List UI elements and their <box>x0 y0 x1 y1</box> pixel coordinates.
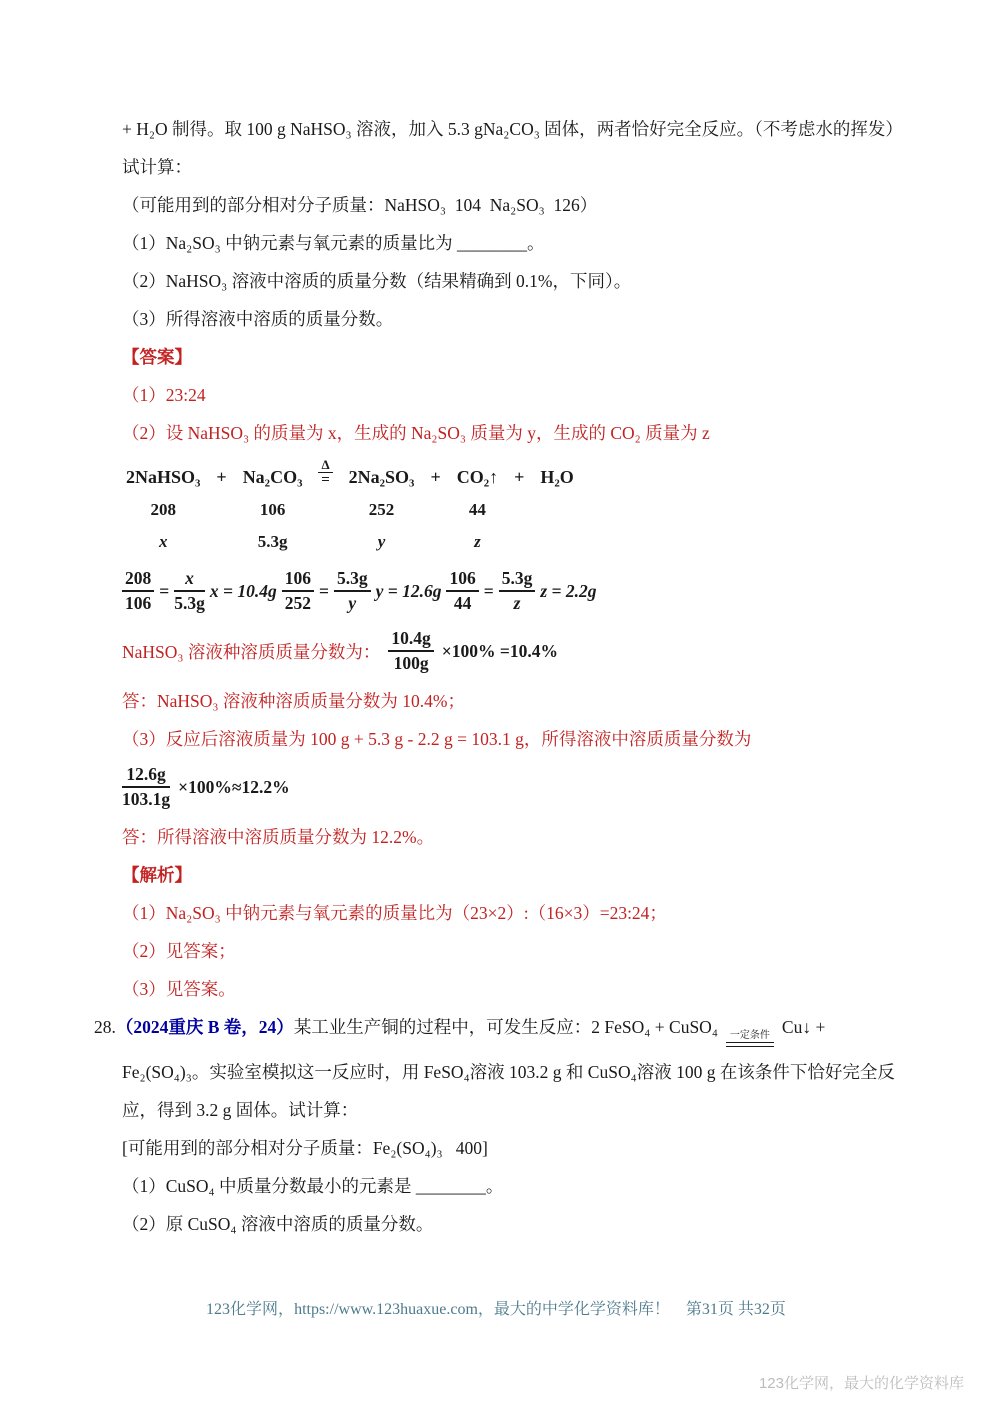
equation-species-2Na2SO3: 2Na₂SO₃ <box>349 467 415 488</box>
proportion-calculations: 208106 = x5.3g x = 10.4g 106252 = 5.3gy … <box>122 568 908 614</box>
stem-line-2: 试计算： <box>122 154 908 180</box>
question-28-intro-end: Cu↓ + <box>782 1017 825 1037</box>
footer-tagline: ，最大的中学化学资料库！ <box>478 1301 670 1318</box>
analysis-2: （2）见答案； <box>122 938 908 964</box>
unknown-y: y <box>378 532 386 552</box>
question-28-intro: 某工业生产铜的过程中，可发生反应：2 FeSO₄ + CuSO₄ <box>294 1017 718 1037</box>
fraction-106-252: 106252 <box>282 568 314 614</box>
page-footer: 123化学网，https://www.123huaxue.com，最大的中学化学… <box>0 1296 992 1319</box>
result-x: x = 10.4g <box>210 581 277 602</box>
equation-species-2NaHSO3: 2NaHSO₃ <box>126 467 200 488</box>
equals-sign: = <box>159 581 169 602</box>
delta-equals-sign: Δ = <box>318 458 332 488</box>
molar-mass-44: 44 <box>469 500 486 520</box>
fraction-208-106: 208106 <box>122 568 154 614</box>
condition-text: 一定条件 <box>726 1030 774 1043</box>
condition-bar <box>726 1043 774 1047</box>
equals-sign: = <box>319 581 329 602</box>
question-2: （2）NaHSO₃ 溶液中溶质的质量分数（结果精确到 0.1%，下同）。 <box>122 268 908 294</box>
fraction-126g-1031g: 12.6g103.1g <box>122 764 170 810</box>
molar-mass-208: 208 <box>150 500 176 520</box>
watermark-text: 123化学网，最大的化学资料库 <box>759 1372 964 1393</box>
molar-mass-106: 106 <box>260 500 286 520</box>
stem-line-1: + H₂O 制得。取 100 g NaHSO₃ 溶液，加入 5.3 gNa₂CO… <box>122 116 908 142</box>
equation-species-CO2-up: CO₂↑ <box>457 467 498 488</box>
answer-1: （1）23:24 <box>122 382 908 408</box>
analysis-3: （3）见答案。 <box>122 976 908 1002</box>
fraction-53g-y: 5.3gy <box>334 568 371 614</box>
equals-sign: = <box>484 581 494 602</box>
page-content: + H₂O 制得。取 100 g NaHSO₃ 溶液，加入 5.3 gNa₂CO… <box>122 116 908 1249</box>
document-page: + H₂O 制得。取 100 g NaHSO₃ 溶液，加入 5.3 gNa₂CO… <box>0 0 992 1403</box>
answer-2-statement: 答：NaHSO₃ 溶液种溶质质量分数为 10.4%； <box>122 688 908 714</box>
given-mass-5-3g: 5.3g <box>258 532 288 552</box>
fraction-53g-z: 5.3gz <box>499 568 536 614</box>
fraction-104g-100g: 10.4g100g <box>388 628 433 674</box>
delta-condition: Δ <box>318 458 332 473</box>
question-28-sub-1: （1）CuSO₄ 中质量分数最小的元素是 ________。 <box>122 1173 908 1199</box>
final-fraction-result: ×100%≈12.2% <box>178 777 289 798</box>
equation-species-H2O: H₂O <box>540 467 573 488</box>
mass-fraction-result: ×100% =10.4% <box>442 641 558 662</box>
question-28-molar-mass-hint: [可能用到的部分相对分子质量：Fe₂(SO₄)₃ 400] <box>122 1135 908 1161</box>
plus-sign: + <box>216 467 226 488</box>
question-28-number: 28. <box>94 1017 116 1037</box>
question-3: （3）所得溶液中溶质的质量分数。 <box>122 306 908 332</box>
footer-page-number: 第31页 共32页 <box>686 1301 786 1318</box>
question-28-sub-2: （2）原 CuSO₄ 溶液中溶质的质量分数。 <box>122 1211 908 1237</box>
unknown-z: z <box>474 532 481 552</box>
question-28-line-3: 应，得到 3.2 g 固体。试计算： <box>122 1097 908 1123</box>
footer-spacer <box>670 1301 686 1318</box>
footer-site-name: 123化学网， <box>206 1301 294 1318</box>
answer-header: 【答案】 <box>122 344 908 370</box>
mass-fraction-line: NaHSO₃ 溶液种溶质质量分数为： 10.4g100g ×100% =10.4… <box>122 628 908 674</box>
fraction-x-53g: x5.3g <box>174 568 205 614</box>
footer-url-link[interactable]: https://www.123huaxue.com <box>294 1301 478 1318</box>
question-28-line-2: Fe₂(SO₄)₃。实验室模拟这一反应时，用 FeSO₄溶液 103.2 g 和… <box>122 1059 908 1085</box>
result-z: z = 2.2g <box>540 581 596 602</box>
molar-mass-252: 252 <box>369 500 395 520</box>
final-fraction-line: 12.6g103.1g ×100%≈12.2% <box>122 764 908 810</box>
reaction-condition-sign: 一定条件 <box>726 1030 774 1047</box>
plus-sign: + <box>514 467 524 488</box>
question-28-line-1: 28.（2024重庆 B 卷，24）某工业生产铜的过程中，可发生反应：2 FeS… <box>94 1014 908 1047</box>
chemical-equation: 2NaHSO₃ + Na₂CO₃ Δ = 2Na₂SO₃ + CO₂↑ + H₂… <box>126 458 574 552</box>
question-28-source: （2024重庆 B 卷，24） <box>116 1017 294 1037</box>
answer-2-setup: （2）设 NaHSO₃ 的质量为 x，生成的 Na₂SO₃ 质量为 y，生成的 … <box>122 420 908 446</box>
plus-sign: + <box>430 467 440 488</box>
answer-3-statement: 答：所得溶液中溶质质量分数为 12.2%。 <box>122 824 908 850</box>
answer-3-setup: （3）反应后溶液质量为 100 g + 5.3 g - 2.2 g = 103.… <box>122 726 908 752</box>
molar-mass-hint: （可能用到的部分相对分子质量：NaHSO₃ 104 Na₂SO₃ 126） <box>122 192 908 218</box>
mass-fraction-label: NaHSO₃ 溶液种溶质质量分数为： <box>122 639 380 664</box>
unknown-x: x <box>159 532 168 552</box>
question-1: （1）Na₂SO₃ 中钠元素与氧元素的质量比为 ________。 <box>122 230 908 256</box>
analysis-1: （1）Na₂SO₃ 中钠元素与氧元素的质量比为（23×2）:（16×3）=23:… <box>122 900 908 926</box>
fraction-106-44: 10644 <box>446 568 478 614</box>
equals-sign: = <box>321 473 330 488</box>
analysis-header: 【解析】 <box>122 862 908 888</box>
result-y: y = 12.6g <box>376 581 442 602</box>
equation-species-Na2CO3: Na₂CO₃ <box>243 467 303 488</box>
